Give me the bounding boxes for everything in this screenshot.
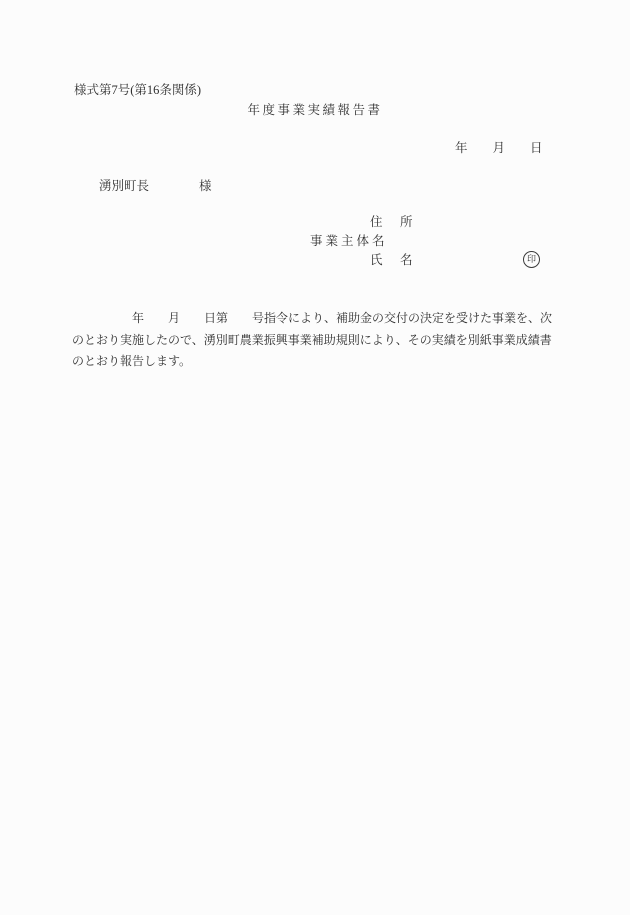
- document-page: 様式第7号(第16条関係) 年度事業実績報告書 年 月 日 湧別町長 様 住 所…: [0, 0, 630, 915]
- form-number-label: 様式第7号(第16条関係): [74, 82, 201, 98]
- body-line: のとおり実施したので、湧別町農業振興事業補助規則により、その実績を別紙事業成績書: [72, 330, 562, 352]
- entity-label: 事業主体名: [310, 233, 388, 249]
- date-line: 年 月 日: [455, 140, 543, 156]
- body-line: のとおり報告します。: [72, 351, 562, 373]
- body-line: 年 月 日第 号指令により、補助金の交付の決定を受けた事業を、次: [72, 308, 562, 330]
- body-paragraph: 年 月 日第 号指令により、補助金の交付の決定を受けた事業を、次 のとおり実施し…: [72, 308, 562, 373]
- addressee-line: 湧別町長 様: [99, 178, 212, 194]
- address-label: 住 所: [370, 214, 415, 230]
- report-title: 年度事業実績報告書: [0, 102, 630, 118]
- name-label: 氏 名: [370, 252, 415, 268]
- seal-stamp-icon: 印: [523, 251, 540, 268]
